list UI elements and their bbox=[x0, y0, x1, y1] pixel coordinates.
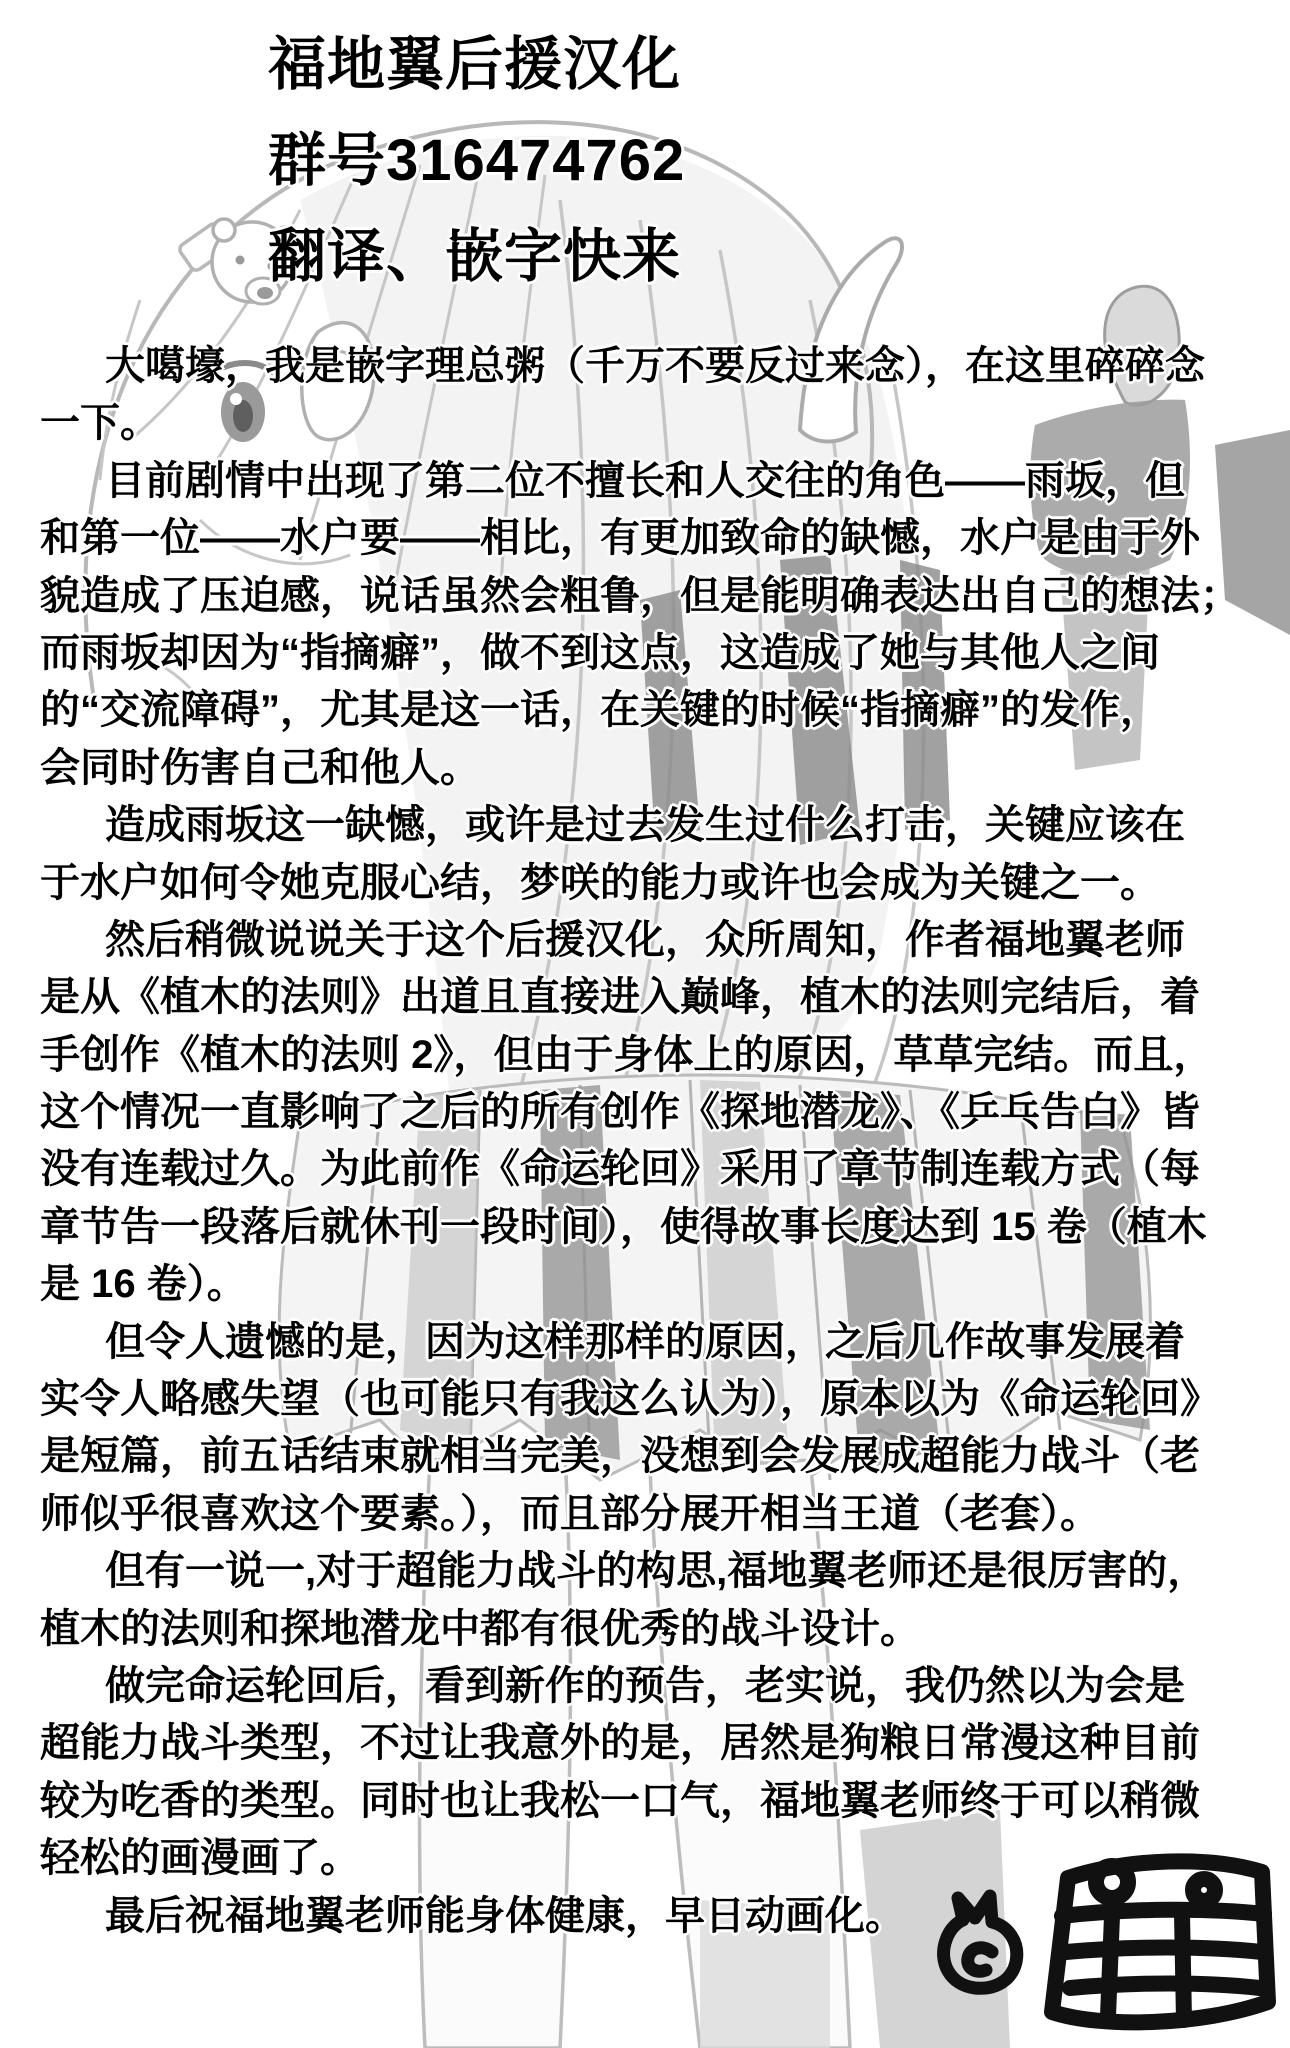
afterword-line: 大噶壕，我是嵌字理总粥（千万不要反过来念），在这里碎碎念 bbox=[40, 338, 1240, 395]
afterword-line: 做完命运轮回后，看到新作的预告，老实说，我仍然以为会是 bbox=[40, 1658, 1240, 1715]
afterword-line: 是从《植木的法则》出道且直接进入巅峰，植木的法则完结后，着 bbox=[40, 969, 1240, 1026]
afterword-line: 一下。 bbox=[40, 395, 1240, 452]
afterword-line: 于水户如何令她克服心结，梦咲的能力或许也会成为关键之一。 bbox=[40, 855, 1240, 912]
afterword-line: 没有连载过久。为此前作《命运轮回》采用了章节制连载方式（每 bbox=[40, 1141, 1240, 1198]
afterword-line: 最后祝福地翼老师能身体健康，早日动画化。 bbox=[40, 1888, 1240, 1945]
afterword-line: 超能力战斗类型，不过让我意外的是，居然是狗粮日常漫这种目前 bbox=[40, 1715, 1240, 1772]
afterword-line: 的“交流障碍”，尤其是这一话，在关键的时候“指摘癖”的发作， bbox=[40, 682, 1240, 739]
afterword-line: 会同时伤害自己和他人。 bbox=[40, 740, 1240, 797]
header-block: 福地翼后援汉化 群号316474762 翻译、嵌字快来 bbox=[268, 17, 685, 305]
group-title: 福地翼后援汉化 bbox=[268, 17, 685, 113]
afterword-line: 貌造成了压迫感，说话虽然会粗鲁，但是能明确表达出自己的想法； bbox=[40, 568, 1240, 625]
afterword-line: 但令人遗憾的是，因为这样那样的原因，之后几作故事发展着 bbox=[40, 1314, 1240, 1371]
afterword-line: 较为吃香的类型。同时也让我松一口气，福地翼老师终于可以稍微 bbox=[40, 1773, 1240, 1830]
afterword-line: 实令人略感失望（也可能只有我这么认为），原本以为《命运轮回》 bbox=[40, 1371, 1240, 1428]
afterword-line: 而雨坂却因为“指摘癖”，做不到这点，这造成了她与其他人之间 bbox=[40, 625, 1240, 682]
afterword-line: 这个情况一直影响了之后的所有创作《探地潜龙》、《乒乓告白》皆 bbox=[40, 1084, 1240, 1141]
afterword-line: 是短篇，前五话结束就相当完美，没想到会发展成超能力战斗（老 bbox=[40, 1428, 1240, 1485]
recruit-line: 翻译、嵌字快来 bbox=[268, 209, 685, 305]
afterword-line: 然后稍微说说关于这个后援汉化，众所周知，作者福地翼老师 bbox=[40, 912, 1240, 969]
afterword-line: 造成雨坂这一缺憾，或许是过去发生过什么打击，关键应该在 bbox=[40, 797, 1240, 854]
afterword-line: 章节告一段落后就休刊一段时间），使得故事长度达到 15 卷（植木 bbox=[40, 1199, 1240, 1256]
afterword-line: 轻松的画漫画了。 bbox=[40, 1830, 1240, 1887]
manga-credits-page: 福地翼后援汉化 群号316474762 翻译、嵌字快来 大噶壕，我是嵌字理总粥（… bbox=[0, 0, 1290, 2048]
afterword-line: 手创作《植木的法则 2》，但由于身体上的原因，草草完结。而且， bbox=[40, 1027, 1240, 1084]
afterword-line: 目前剧情中出现了第二位不擅长和人交往的角色——雨坂，但 bbox=[40, 453, 1240, 510]
group-number: 群号316474762 bbox=[268, 113, 685, 209]
afterword-text: 大噶壕，我是嵌字理总粥（千万不要反过来念），在这里碎碎念一下。目前剧情中出现了第… bbox=[40, 338, 1240, 1945]
afterword-line: 但有一说一,对于超能力战斗的构思,福地翼老师还是很厉害的， bbox=[40, 1543, 1240, 1600]
afterword-line: 植木的法则和探地潜龙中都有很优秀的战斗设计。 bbox=[40, 1601, 1240, 1658]
afterword-line: 师似乎很喜欢这个要素。），而且部分展开相当王道（老套）。 bbox=[40, 1486, 1240, 1543]
afterword-line: 是 16 卷）。 bbox=[40, 1256, 1240, 1313]
afterword-line: 和第一位——水户要——相比，有更加致命的缺憾，水户是由于外 bbox=[40, 510, 1240, 567]
